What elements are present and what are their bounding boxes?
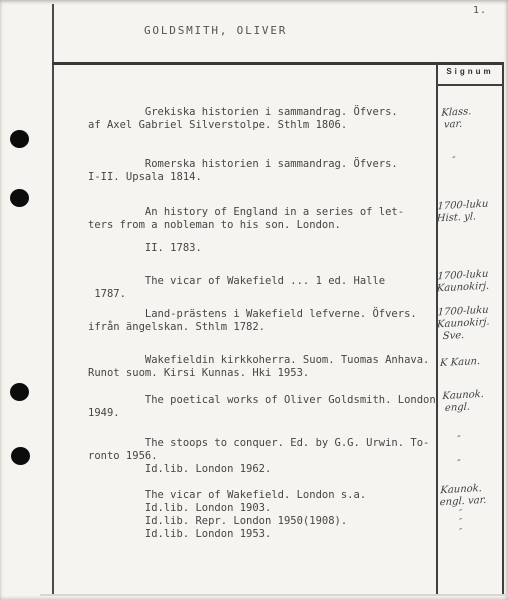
page-title: GOLDSMITH, OLIVER xyxy=(144,24,287,37)
signum-note: 1700-luku Hist. yl. xyxy=(436,199,488,226)
catalog-card-page: 1. GOLDSMITH, OLIVER Signum Grekiska his… xyxy=(0,0,508,600)
signum-note-ditto: ″ xyxy=(457,458,461,470)
catalog-entry: II. 1783. xyxy=(88,242,436,255)
signum-note: 1700-luku Kaunokirj. xyxy=(436,269,490,296)
catalog-entry: The vicar of Wakefield ... 1 ed. Halle 1… xyxy=(88,275,436,301)
catalog-entry: Wakefieldin kirkkoherra. Suom. Tuomas An… xyxy=(88,354,436,380)
signum-note: Klass. var. xyxy=(440,106,471,132)
catalog-entry: The poetical works of Oliver Goldsmith. … xyxy=(88,394,436,420)
punch-hole xyxy=(11,447,30,465)
signum-column-right-rule xyxy=(502,63,504,594)
left-margin-rule xyxy=(52,4,54,594)
punch-hole xyxy=(10,130,29,148)
signum-note: K Kaun. xyxy=(440,356,481,370)
page-bottom-edge xyxy=(40,594,508,596)
catalog-entry: The stoops to conquer. Ed. by G.G. Urwin… xyxy=(88,437,436,476)
signum-note: 1700-luku Kaunokirj. Sve. xyxy=(436,305,490,344)
signum-note-ditto: ″ xyxy=(459,526,463,538)
signum-note: Kaunok. engl. var. xyxy=(439,483,487,510)
punch-hole xyxy=(10,189,29,207)
entry-list: Grekiska historien i sammandrag. Öfvers.… xyxy=(88,100,436,541)
signum-column-header: Signum xyxy=(438,67,502,76)
signum-note-ditto: ″ xyxy=(452,155,456,167)
catalog-entry: The vicar of Wakefield. London s.a. Id.l… xyxy=(88,489,436,541)
signum-note: Kaunok. engl. xyxy=(441,389,484,415)
signum-note-ditto: ″ xyxy=(457,434,461,446)
catalog-entry: Land-prästens i Wakefield lefverne. Öfve… xyxy=(88,308,436,334)
catalog-entry: An history of England in a series of let… xyxy=(88,206,436,232)
catalog-entry: Romerska historien i sammandrag. Öfvers.… xyxy=(88,158,436,184)
catalog-entry: Grekiska historien i sammandrag. Öfvers.… xyxy=(88,106,436,132)
punch-hole xyxy=(10,383,29,401)
signum-header-underline xyxy=(437,84,503,86)
page-number: 1. xyxy=(473,5,487,16)
